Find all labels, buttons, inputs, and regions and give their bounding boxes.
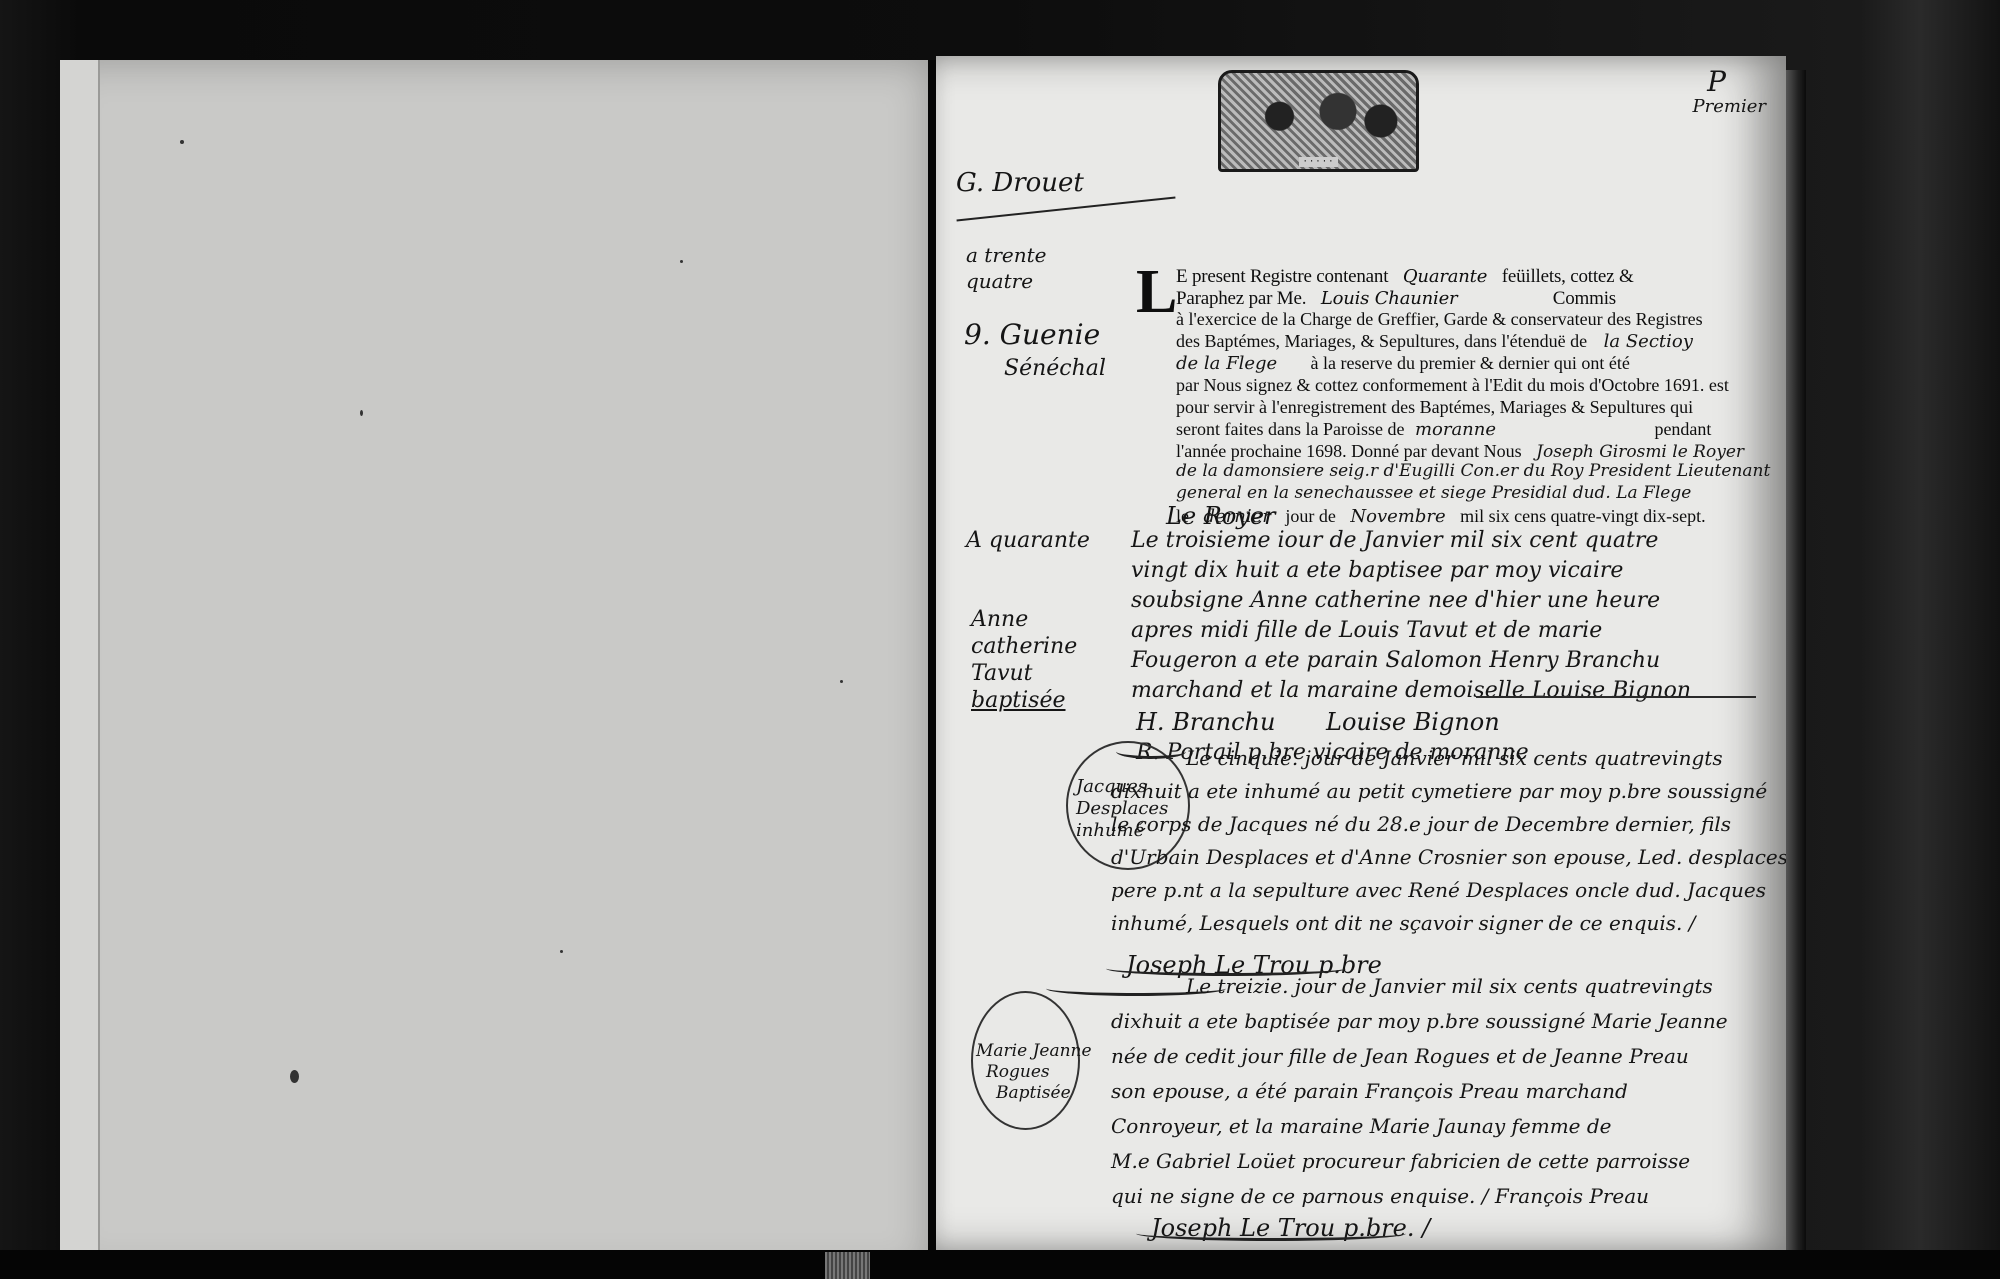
drop-cap: L (1136, 261, 1177, 323)
handwritten-fill: moranne (1415, 419, 1650, 441)
handwritten-fill: Louis Chaunier (1321, 288, 1458, 309)
entry-1-line: marchand et la maraine demoiselle Louise… (1131, 678, 1691, 703)
entry-3-line: M.e Gabriel Loüet procureur fabricien de… (1111, 1149, 1690, 1173)
header-line: à l'exercice de la Charge de Greffier, G… (1176, 309, 1646, 331)
signature-godmother: Louise Bignon (1326, 708, 1500, 736)
paper-speck (560, 950, 563, 953)
handwritten-fill: la Sectioy (1604, 331, 1693, 352)
entry-3-line: née de cedit jour fille de Jean Rogues e… (1111, 1044, 1689, 1068)
signature-godfather: H. Branchu (1136, 708, 1275, 736)
flyleaf-edge (60, 60, 100, 1275)
left-page-blank (60, 60, 930, 1275)
entry-1-margin-label: Anne catherine Tavut baptisée (971, 606, 1077, 714)
margin-count-note: a trente quatre (966, 242, 1046, 294)
entry-1-line: Le troisieme iour de Janvier mil six cen… (1131, 528, 1658, 553)
header-line: Paraphez par Me. Louis Chaunier Commis (1176, 288, 1616, 310)
entry-3-margin-label: Marie Jeanne Rogues Baptisée (976, 1041, 1092, 1104)
header-line: des Baptémes, Mariages, & Sepultures, da… (1176, 331, 1646, 353)
entry-2-line: inhumé, Lesquels ont dit ne sçavoir sign… (1111, 911, 1696, 935)
header-line: par Nous signez & cottez conformement à … (1176, 375, 1646, 397)
paper-speck (360, 410, 363, 416)
tax-stamp: ····· (1218, 70, 1419, 172)
header-line: pour servir à l'enregistrement des Bapté… (1176, 397, 1646, 419)
entry-2-line: dixhuit a ete inhumé au petit cymetiere … (1111, 779, 1767, 803)
line-filler-rule (1476, 696, 1756, 698)
entry-3-line: dixhuit a ete baptisée par moy p.bre sou… (1111, 1009, 1728, 1033)
handwritten-fill: de la Flege (1176, 353, 1306, 375)
flourish-decoration (1116, 744, 1186, 759)
margin-label-line: Tavut (971, 660, 1077, 687)
entry-2-line: le corps de Jacques né du 28.e jour de D… (1111, 812, 1731, 836)
margin-label-line: Baptisée (976, 1083, 1092, 1104)
entry-2-line: pere p.nt a la sepulture avec René Despl… (1111, 878, 1766, 902)
paper-speck (840, 680, 843, 683)
folio-marker: P Premier (1693, 68, 1766, 117)
judge-title: Sénéchal (964, 352, 1106, 386)
paper-speck (680, 260, 683, 263)
entry-3-line: Le treizie. jour de Janvier mil six cent… (1186, 974, 1713, 998)
entry-2-line: d'Urbain Desplaces et d'Anne Crosnier so… (1111, 845, 1788, 869)
paper-speck (180, 140, 184, 144)
entry-1-line: vingt dix huit a ete baptisee par moy vi… (1131, 558, 1623, 583)
margin-note-line: a trente (966, 242, 1046, 268)
judge-signature: 9. Guenie Sénéchal (964, 318, 1106, 386)
paper-speck (290, 1070, 299, 1083)
margin-label-line: Marie Jeanne (976, 1041, 1092, 1062)
book-gutter (928, 60, 936, 1275)
handwritten-continuation: de la damonsiere seig.r d'Eugilli Con.er… (1176, 461, 1770, 481)
signature-flourish (1136, 1226, 1406, 1241)
handwritten-fill: Joseph Girosmi le Royer (1536, 442, 1744, 462)
entry-1-margin-count: A quarante (966, 528, 1090, 554)
entry-1-line: soubsigne Anne catherine nee d'hier une … (1131, 588, 1660, 613)
entry-3-line: qui ne signe de ce parnous enquise. / Fr… (1111, 1184, 1649, 1208)
bookmark-ribbon (825, 1252, 870, 1279)
margin-note-line: quatre (966, 268, 1046, 294)
folio-label: Premier (1693, 96, 1766, 117)
header-line: seront faites dans la Paroisse de morann… (1176, 419, 1646, 441)
entry-3-line: Conroyeur, et la maraine Marie Jaunay fe… (1111, 1114, 1612, 1138)
header-line: E present Registre contenant Quarante fe… (1176, 266, 1616, 288)
handwritten-fill: Novembre (1350, 506, 1445, 527)
top-margin-signature: G. Drouet (956, 168, 1084, 198)
judge-name: 9. Guenie (964, 318, 1106, 352)
entry-1-heading-signature: Le Royer (1166, 502, 1276, 530)
margin-label-line: baptisée (971, 687, 1077, 714)
entry-1-line: apres midi fille de Louis Tavut et de ma… (1131, 618, 1602, 643)
page-edge-shadow (1786, 70, 1806, 1250)
right-page-register: ····· P Premier G. Drouet a trente quatr… (936, 56, 1786, 1251)
scan-bottom-band (0, 1250, 2000, 1279)
printed-header-text: E present Registre contenant Quarante fe… (1176, 266, 1616, 309)
handwritten-fill: Quarante (1403, 266, 1487, 287)
handwritten-continuation: general en la senechaussee et siege Pres… (1176, 483, 1691, 503)
margin-label-line: Anne (971, 606, 1077, 633)
header-line: de la Flege à la reserve du premier & de… (1176, 353, 1646, 375)
entry-3-line: son epouse, a été parain François Preau … (1111, 1079, 1628, 1103)
margin-label-line: catherine (971, 633, 1077, 660)
entry-2-line: Le cinquie. jour de Janvier mil six cent… (1186, 746, 1723, 770)
folio-number: P (1693, 68, 1726, 96)
margin-label-line: Rogues (976, 1062, 1092, 1083)
entry-1-line: Fougeron a ete parain Salomon Henry Bran… (1131, 648, 1660, 673)
